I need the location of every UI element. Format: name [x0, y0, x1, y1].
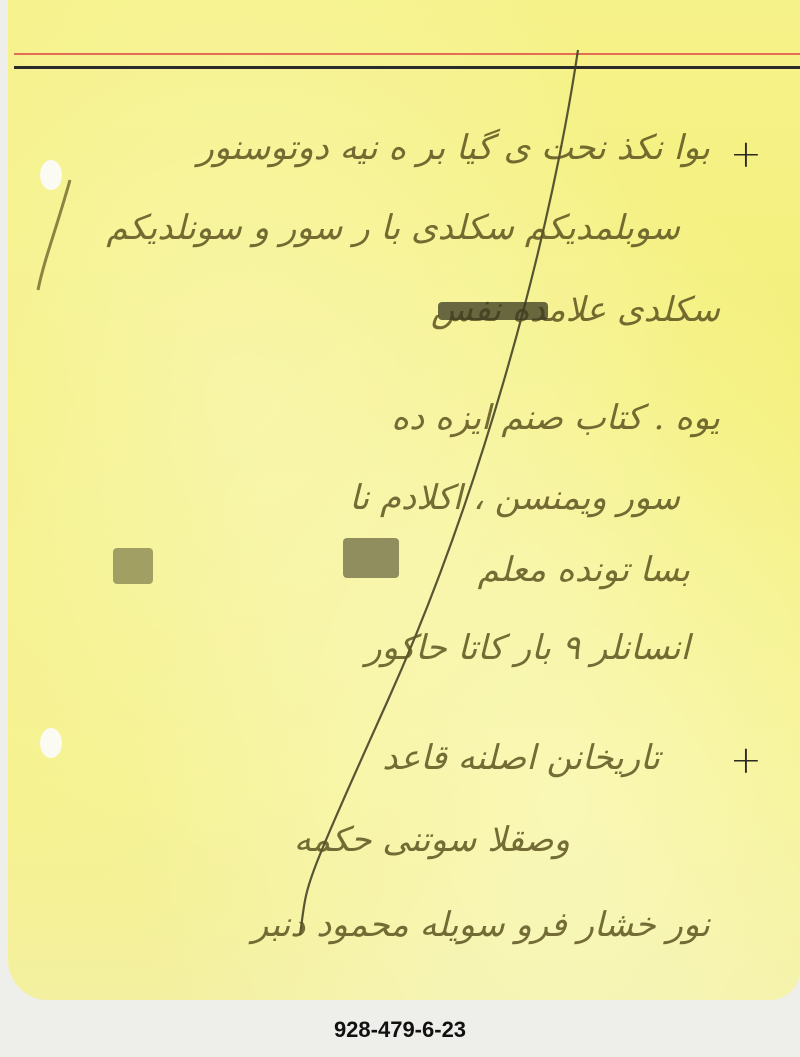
handwritten-line-8: تاريخانن اصلنه قاعد — [382, 738, 660, 778]
handwritten-line-7: انسانلر ٩ بار كاتا حاكور — [365, 628, 690, 668]
punch-hole-bottom — [40, 728, 62, 758]
handwritten-line-5: سور ويمنسن ، اكلادم نا — [349, 478, 680, 518]
crossed-out-word — [438, 302, 548, 320]
red-margin-rule — [14, 53, 800, 55]
handwritten-line-6: بسا تونده معلم — [478, 550, 690, 590]
crossed-out-word — [113, 548, 153, 584]
catalog-number: 928-479-6-23 — [0, 1017, 800, 1043]
black-header-rule — [14, 66, 800, 69]
handwritten-line-2: سوبلمديكم سكلدى با ر سور و سونلديكم — [106, 208, 680, 248]
handwritten-line-1: بوا نكذ نحت ى گيا بر ه نيه دوتوسنور — [197, 128, 710, 168]
crossed-out-word — [343, 538, 399, 578]
plus-margin-mark-2: + — [730, 738, 762, 782]
punch-hole-top — [40, 160, 62, 190]
handwritten-line-9: وصقلا سوتنى حكمه — [294, 820, 570, 860]
handwritten-line-10: نور خشار فرو سويله محمود دنبر — [252, 905, 710, 945]
plus-margin-mark-1: + — [730, 132, 762, 176]
manuscript-page: + + بوا نكذ نحت ى گيا بر ه نيه دوتوسنور … — [8, 0, 800, 1000]
handwritten-line-4: يوه . كتاب صنم ايزه ده — [391, 398, 720, 438]
